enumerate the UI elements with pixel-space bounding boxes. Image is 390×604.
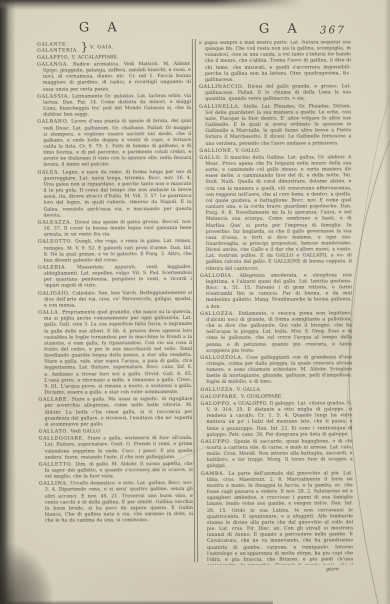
running-head-right: G A [259, 22, 304, 37]
entry-body: Legno, e nave da remo, di forma lunga pe… [43, 170, 191, 219]
folio-number: 367 [320, 24, 346, 36]
entry-headword: GALLA. [38, 310, 60, 316]
entry-headword: GALLINELLA. [199, 103, 240, 109]
entry-body: V. GUALOPPARE. [241, 394, 283, 399]
dictionary-entry: GALLINELLA. Stelle. Lat. Pleiades, Gr. P… [199, 103, 351, 148]
dictionary-entry: GALLEGGIARE. Stare a galla, sostenersi d… [39, 435, 193, 461]
entry-body: Il maschio della Gallina. Lat. gallus, G… [205, 155, 351, 271]
dictionary-entry: GALLO. Il maschio della Gallina. Lat. ga… [199, 154, 352, 273]
dictionary-entry: GALIGAIO, Calzolaio. Sen. ben Varch. Bef… [38, 290, 192, 310]
dictionary-entry: GALLA. Propriamente quel granello, che n… [38, 309, 192, 397]
dictionary-entry: GALBANO. Licore d'una pianta di spezie d… [37, 118, 191, 169]
entry-body: Stelle. Lat. Pleiades, Gr. Pleiades. Dit… [205, 104, 351, 147]
dictionary-entry: GALLINACCIO. Dicesi del gallo grande, e … [199, 83, 351, 103]
entry-headword: GALEOTTO. [38, 239, 73, 245]
column-right: E piglia sempre a man destra parte. Lat.… [199, 40, 353, 565]
entry-headword: GALLATO. [39, 429, 69, 435]
entry-headword: GALUPPO. [201, 439, 232, 445]
running-head-left: G A [79, 20, 124, 35]
dictionary-entry: GALLINA. Uccello domestico, e noto. Lat.… [39, 480, 193, 525]
entry-headword: GALANTE.GALANTERIA. [37, 42, 79, 54]
entry-body: Licore d'una pianta di spezie di ferula,… [43, 119, 191, 168]
dictionary-entry: GALOPPO, e GUALOPPO. Il galoppo. Lat. ci… [200, 400, 352, 439]
dictionary-entry: GALLETTO. Dim. di gallo. M. Aldobr. Il s… [39, 461, 193, 481]
dictionary-entry: GALASSIA. Latinamente Gr. galaxias. Lat.… [37, 93, 191, 119]
entry-body: Vedi GALLO. [70, 429, 101, 434]
entry-headword: GAMBA. [201, 470, 225, 476]
brace-glyph: } [81, 43, 88, 53]
entry-headword: GALLETTO. [39, 461, 73, 467]
dictionary-entry: GALLARE. Stare a galla. Ma usasi in sign… [38, 396, 192, 428]
entry-body: Propriamente quel granello, che nasce su… [44, 310, 192, 396]
entry-headword: GALAPPIO, [37, 54, 70, 60]
entry-headword: GALLEGGIARE. [39, 436, 85, 442]
entry-headword: GALASSIA. [37, 93, 70, 99]
entry-headword: GALLINACCIO. [199, 84, 244, 90]
entry-headword: GALLIONE, [199, 147, 233, 153]
dictionary-entry: GALUPPO. Spezie di saccardo, quasi bagag… [201, 438, 353, 470]
entry-headword: GALLO. [199, 155, 222, 161]
entry-headword: GALBANO. [37, 119, 69, 125]
entry-headword: GALLORIA. [200, 273, 234, 279]
entry-body: Enfiamento, o vescica piena non legittim… [206, 311, 352, 354]
dictionary-entry: GALLOZZOLA. Cose galleggianti con di gra… [200, 354, 352, 386]
dictionary-entry: GALEOTTO. Quegli, che voga, o rema in ga… [38, 238, 192, 264]
entry-headword: GALEAZZA. [38, 219, 73, 225]
entry-headword: GALOPPO, [200, 401, 231, 407]
entry-body: V. GALLA. [237, 387, 261, 392]
entry-body: La parte dell'animale dal ginocchio al p… [207, 471, 353, 565]
entry-headword: GALLINA. [39, 481, 69, 487]
entry-headword: GALLARE. [38, 397, 69, 403]
entry-headword: GALEA. [37, 169, 60, 175]
catchword: giare [201, 566, 353, 573]
entry-headword: GALOPPARE, [200, 394, 239, 400]
dictionary-entry-crossref: GALANTE.GALANTERIA.}V. GAIA. [37, 41, 191, 54]
dictionary-entry: GALEAZZA. Dicesi una spezie di galea gro… [38, 219, 192, 239]
dictionary-entry: GAMBA. La parte dell'animale dal ginocch… [201, 470, 353, 565]
entry-body: Masserizie, apparati, vesti leggiadre, a… [44, 265, 192, 289]
dictionary-entry: GALLOZZA. Enfiamento, o vescica piena no… [200, 310, 352, 355]
entry-headword: GALIGAIO, [38, 290, 70, 296]
dictionary-entry: GALLORIA. Allegrezza smoderata, e strepi… [200, 272, 352, 311]
entry-body: V. GALLO. [235, 148, 260, 153]
entry-headword: GALANGA. [37, 62, 69, 68]
column-left: GALANTE.GALANTERIA.}V. GAIA.GALAPPIO, V.… [37, 41, 193, 566]
entry-body: E piglia sempre a man destra parte. Lat.… [199, 40, 351, 83]
dictionary-entry: GALEA. Legno, e nave da remo, di forma l… [37, 169, 191, 220]
entry-body: Uccello domestico, e noto. Lat. gallina.… [45, 481, 193, 524]
page-scan: G A G A 367 GALANTE.GALANTERIA.}V. GAIA.… [0, 0, 390, 604]
column-divider-rule [195, 39, 198, 562]
dictionary-entry: GALANGA. Radice aromatica. Vedi Mattioli… [37, 61, 191, 93]
entry-headword: GALLOZZOLA. [200, 355, 243, 361]
entry-body: V. ACCALAPPIARE. [72, 55, 119, 60]
entry-headword: GALLUZZA. [200, 386, 235, 392]
entry-headword: GALERIA. [38, 265, 67, 271]
page-content: G A G A 367 GALANTE.GALANTERIA.}V. GAIA.… [0, 0, 390, 604]
dictionary-entry: GALERIA. Masserizie, apparati, vesti leg… [38, 264, 192, 290]
entry-headword: GALLOZZA. [200, 311, 235, 317]
dictionary-entry: E piglia sempre a man destra parte. Lat.… [199, 40, 351, 84]
entry-crossref: V. GAIA. [90, 44, 114, 50]
